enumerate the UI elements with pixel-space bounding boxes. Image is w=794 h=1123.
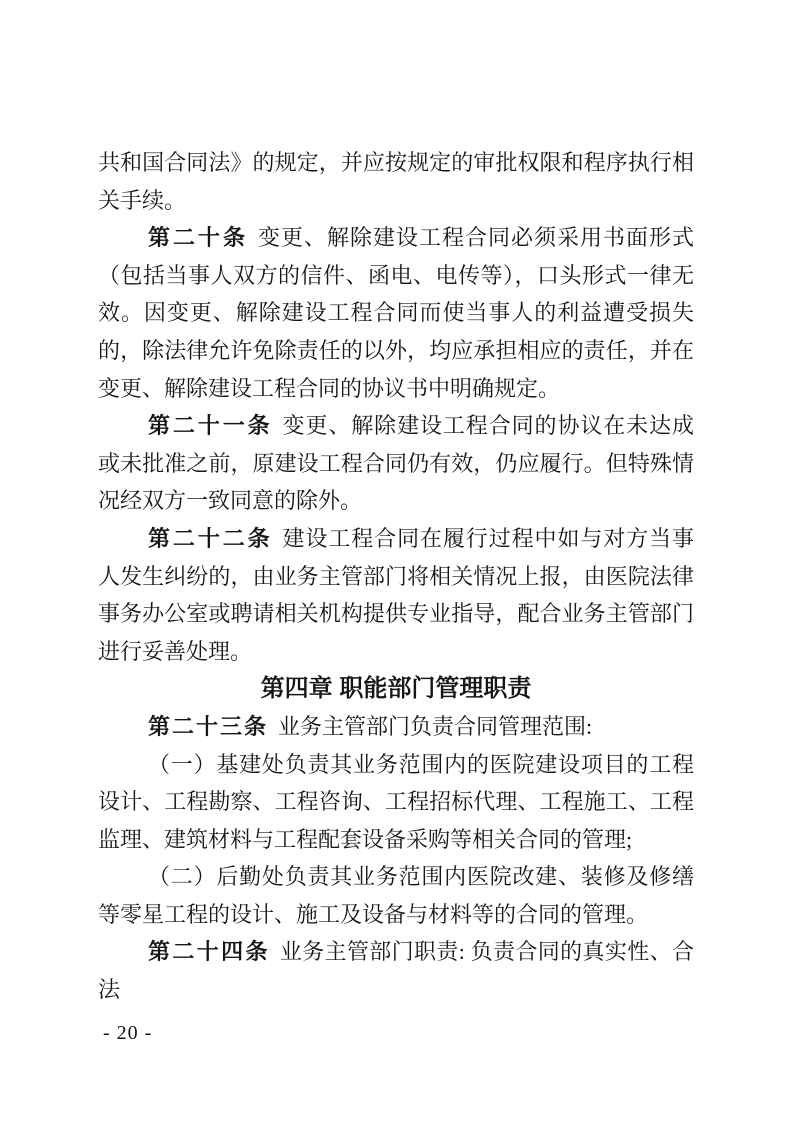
article-24: 第二十四条业务主管部门职责: 负责合同的真实性、合法 — [98, 933, 694, 1008]
paragraph-text: 共和国合同法》的规定，并应按规定的审批权限和程序执行相关手续。 — [98, 150, 694, 213]
article-22-label: 第二十二条 — [148, 526, 273, 551]
article-20: 第二十条变更、解除建设工程合同必须采用书面形式（包括当事人双方的信件、函电、电传… — [98, 219, 694, 407]
document-page: 共和国合同法》的规定，并应按规定的审批权限和程序执行相关手续。 第二十条变更、解… — [0, 0, 794, 1123]
list-item-1-text: （一）基建处负责其业务范围内的医院建设项目的工程设计、工程勘察、工程咨询、工程招… — [98, 752, 694, 852]
article-20-text: 变更、解除建设工程合同必须采用书面形式（包括当事人双方的信件、函电、电传等），口… — [98, 225, 694, 400]
article-20-label: 第二十条 — [148, 225, 248, 250]
article-23-text: 业务主管部门负责合同管理范围: — [278, 714, 592, 739]
document-body: 共和国合同法》的规定，并应按规定的审批权限和程序执行相关手续。 第二十条变更、解… — [98, 144, 694, 1009]
article-23: 第二十三条业务主管部门负责合同管理范围: — [98, 708, 694, 746]
page-number: - 20 - — [103, 1019, 152, 1047]
article-21-label: 第二十一条 — [148, 413, 273, 438]
article-21: 第二十一条变更、解除建设工程合同的协议在未达成或未批准之前，原建设工程合同仍有效… — [98, 407, 694, 520]
chapter-heading: 第四章 职能部门管理职责 — [98, 670, 694, 708]
article-24-label: 第二十四条 — [148, 939, 270, 964]
list-item-2-text: （二）后勤处负责其业务范围内医院改建、装修及修缮等零星工程的设计、施工及设备与材… — [98, 864, 694, 927]
list-item-2: （二）后勤处负责其业务范围内医院改建、装修及修缮等零星工程的设计、施工及设备与材… — [98, 858, 694, 933]
article-22: 第二十二条建设工程合同在履行过程中如与对方当事人发生纠纷的，由业务主管部门将相关… — [98, 520, 694, 670]
list-item-1: （一）基建处负责其业务范围内的医院建设项目的工程设计、工程勘察、工程咨询、工程招… — [98, 746, 694, 859]
paragraph-continuation: 共和国合同法》的规定，并应按规定的审批权限和程序执行相关手续。 — [98, 144, 694, 219]
article-23-label: 第二十三条 — [148, 714, 268, 739]
